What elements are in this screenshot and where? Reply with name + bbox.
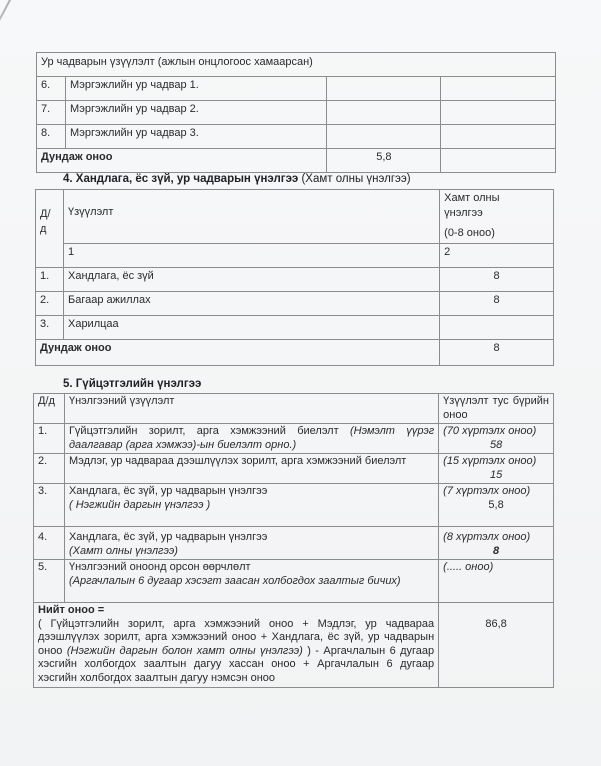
- skills-header-cell: Ур чадварын үзүүлэлт (ажлын онцлогоос ха…: [37, 53, 556, 77]
- total-formula-italic: (Нэгжийн даргын болон хамт олны үнэлгээ): [67, 645, 303, 657]
- performance-evaluation-table: Д/д Үнэлгээний үзүүлэлт Үзүүлэлт тус бүр…: [33, 393, 554, 688]
- row-number: 3.: [34, 484, 65, 527]
- row-score: [440, 316, 554, 340]
- row-score-cell: [327, 77, 441, 101]
- average-label: Дундаж оноо: [37, 149, 327, 173]
- section-4-title-sub: (Хамт олны үнэлгээ): [298, 173, 410, 185]
- row-label: Мэдлэг, ур чадвараа дээшлүүлэх зорилт, а…: [64, 454, 438, 484]
- row-extra-cell: [441, 77, 556, 101]
- row-max-score: (70 хүртэлх оноо): [443, 425, 549, 439]
- row-label-main: Үнэлгээний оноонд орсон өөрчлөлт: [69, 561, 434, 575]
- collective-evaluation-table: Д/ д Үзүүлэлт Хамт олны үнэлгээ (0-8 оно…: [35, 189, 554, 366]
- row-label: Харилцаа: [63, 316, 439, 340]
- table-row: 3. Хандлага, ёс зүй, ур чадварын үнэлгээ…: [34, 484, 554, 527]
- section-5-title: 5. Гүйцэтгэлийн үнэлгээ: [63, 378, 201, 390]
- row-max-score: (..... оноо): [443, 561, 549, 575]
- row-number: 1.: [34, 424, 65, 454]
- col-score-header-line2: үнэлгээ: [444, 206, 549, 221]
- average-row: Дундаж оноо 8: [36, 340, 554, 366]
- row-number: 2.: [36, 292, 64, 316]
- table-row: 2. Багаар ажиллах 8: [36, 292, 554, 316]
- skills-table-header-row: Ур чадварын үзүүлэлт (ажлын онцлогоос ха…: [37, 53, 556, 77]
- total-value: 86,8: [439, 603, 554, 688]
- row-score: 15: [443, 469, 549, 483]
- skills-table: Ур чадварын үзүүлэлт (ажлын онцлогоос ха…: [36, 52, 556, 173]
- row-score: 8: [443, 545, 549, 559]
- index-row: 1 2: [36, 244, 554, 268]
- average-row: Дундаж оноо 5,8: [37, 149, 556, 173]
- row-label: Хандлага, ёс зүй, ур чадварын үнэлгээ (Х…: [64, 527, 438, 560]
- row-extra-cell: [441, 101, 556, 125]
- table-row: 4. Хандлага, ёс зүй, ур чадварын үнэлгээ…: [34, 527, 554, 560]
- row-label-note: ( Нэгжийн даргын үнэлгээ ): [69, 499, 434, 513]
- row-score-cell: (..... оноо): [439, 560, 554, 603]
- col-score-header: Үзүүлэлт тус бүрийн оноо: [439, 394, 554, 424]
- table-row: 5. Үнэлгээний оноонд орсон өөрчлөлт (Арг…: [34, 560, 554, 603]
- section-4-title: 4. Хандлага, ёс зүй, ур чадварын үнэлгээ…: [63, 173, 411, 185]
- row-max-score: (8 хүртэлх оноо): [443, 531, 549, 545]
- row-number: 1.: [36, 268, 64, 292]
- scanned-page: Ур чадварын үзүүлэлт (ажлын онцлогоос ха…: [0, 0, 601, 766]
- row-label-note: (Хамт олны үнэлгээ): [69, 545, 434, 559]
- average-value: 8: [440, 340, 554, 366]
- col-score-header-range: (0-8 оноо): [444, 226, 549, 241]
- row-label-main: Хандлага, ёс зүй, ур чадварын үнэлгээ: [69, 485, 434, 499]
- average-extra-cell: [441, 149, 556, 173]
- row-number: 7.: [37, 101, 66, 125]
- section-4-title-main: 4. Хандлага, ёс зүй, ур чадварын үнэлгээ: [63, 173, 298, 185]
- average-value: 5,8: [327, 149, 441, 173]
- col-score-header: Хамт олны үнэлгээ (0-8 оноо): [440, 190, 554, 244]
- header-row: Д/ д Үзүүлэлт Хамт олны үнэлгээ (0-8 оно…: [36, 190, 554, 244]
- table-row: 1. Хандлага, ёс зүй 8: [36, 268, 554, 292]
- index-col2: 1: [63, 244, 439, 268]
- row-score: 58: [443, 439, 549, 453]
- row-score-cell: (15 хүртэлх оноо) 15: [439, 454, 554, 484]
- row-score-cell: [327, 101, 441, 125]
- index-col3: 2: [440, 244, 554, 268]
- total-formula-cell: Нийт оноо = ( Гүйцэтгэлийн зорилт, арга …: [34, 603, 439, 688]
- row-max-score: (15 хүртэлх оноо): [443, 455, 549, 469]
- header-row: Д/д Үнэлгээний үзүүлэлт Үзүүлэлт тус бүр…: [34, 394, 554, 424]
- col-num-header-text: Д/ д: [40, 207, 54, 237]
- row-number: 8.: [37, 125, 66, 149]
- row-label: Мэргэжлийн ур чадвар 2.: [65, 101, 327, 125]
- table-row: 1. Гүйцэтгэлийн зорилт, арга хэмжээний б…: [34, 424, 554, 454]
- row-label-note: (Аргачлалын 6 дугаар хэсэгт заасан холбо…: [69, 575, 434, 589]
- table-row: 8. Мэргэжлийн ур чадвар 3.: [37, 125, 556, 149]
- row-label: Хандлага, ёс зүй: [63, 268, 439, 292]
- row-label-main: Гүйцэтгэлийн зорилт, арга хэмжээний биел…: [69, 425, 339, 437]
- row-score-cell: [327, 125, 441, 149]
- row-number: 5.: [34, 560, 65, 603]
- col-score-header-line1: Хамт олны: [444, 191, 549, 206]
- row-label-main: Хандлага, ёс зүй, ур чадварын үнэлгээ: [69, 531, 434, 545]
- table-row: 7. Мэргэжлийн ур чадвар 2.: [37, 101, 556, 125]
- page-fold-mark: [0, 0, 26, 60]
- row-label-main: Мэдлэг, ур чадвараа дээшлүүлэх зорилт, а…: [69, 455, 406, 467]
- col-num-header: Д/ д: [36, 190, 64, 268]
- table-row: 6. Мэргэжлийн ур чадвар 1.: [37, 77, 556, 101]
- total-row: Нийт оноо = ( Гүйцэтгэлийн зорилт, арга …: [34, 603, 554, 688]
- row-score-cell: (8 хүртэлх оноо) 8: [439, 527, 554, 560]
- total-label: Нийт оноо =: [38, 604, 434, 618]
- row-label: Үнэлгээний оноонд орсон өөрчлөлт (Аргачл…: [64, 560, 438, 603]
- row-label: Гүйцэтгэлийн зорилт, арга хэмжээний биел…: [64, 424, 438, 454]
- row-score: 8: [440, 268, 554, 292]
- average-label: Дундаж оноо: [36, 340, 440, 366]
- table-row: 3. Харилцаа: [36, 316, 554, 340]
- row-score: 8: [440, 292, 554, 316]
- table-row: 2. Мэдлэг, ур чадвараа дээшлүүлэх зорилт…: [34, 454, 554, 484]
- col-score-header-word1: Хамт олны: [444, 191, 499, 206]
- col-indicator-header: Үзүүлэлт: [63, 190, 439, 244]
- row-label: Багаар ажиллах: [63, 292, 439, 316]
- row-label: Мэргэжлийн ур чадвар 1.: [65, 77, 327, 101]
- row-number: 2.: [34, 454, 65, 484]
- col-indicator-header: Үнэлгээний үзүүлэлт: [64, 394, 438, 424]
- row-max-score: (7 хүртэлх оноо): [443, 485, 549, 499]
- row-score-cell: (70 хүртэлх оноо) 58: [439, 424, 554, 454]
- row-number: 4.: [34, 527, 65, 560]
- row-number: 3.: [36, 316, 64, 340]
- row-number: 6.: [37, 77, 66, 101]
- row-label: Мэргэжлийн ур чадвар 3.: [65, 125, 327, 149]
- row-score-cell: (7 хүртэлх оноо) 5,8: [439, 484, 554, 527]
- row-label: Хандлага, ёс зүй, ур чадварын үнэлгээ ( …: [64, 484, 438, 527]
- row-extra-cell: [441, 125, 556, 149]
- col-num-header: Д/д: [34, 394, 65, 424]
- row-score: 5,8: [443, 499, 549, 513]
